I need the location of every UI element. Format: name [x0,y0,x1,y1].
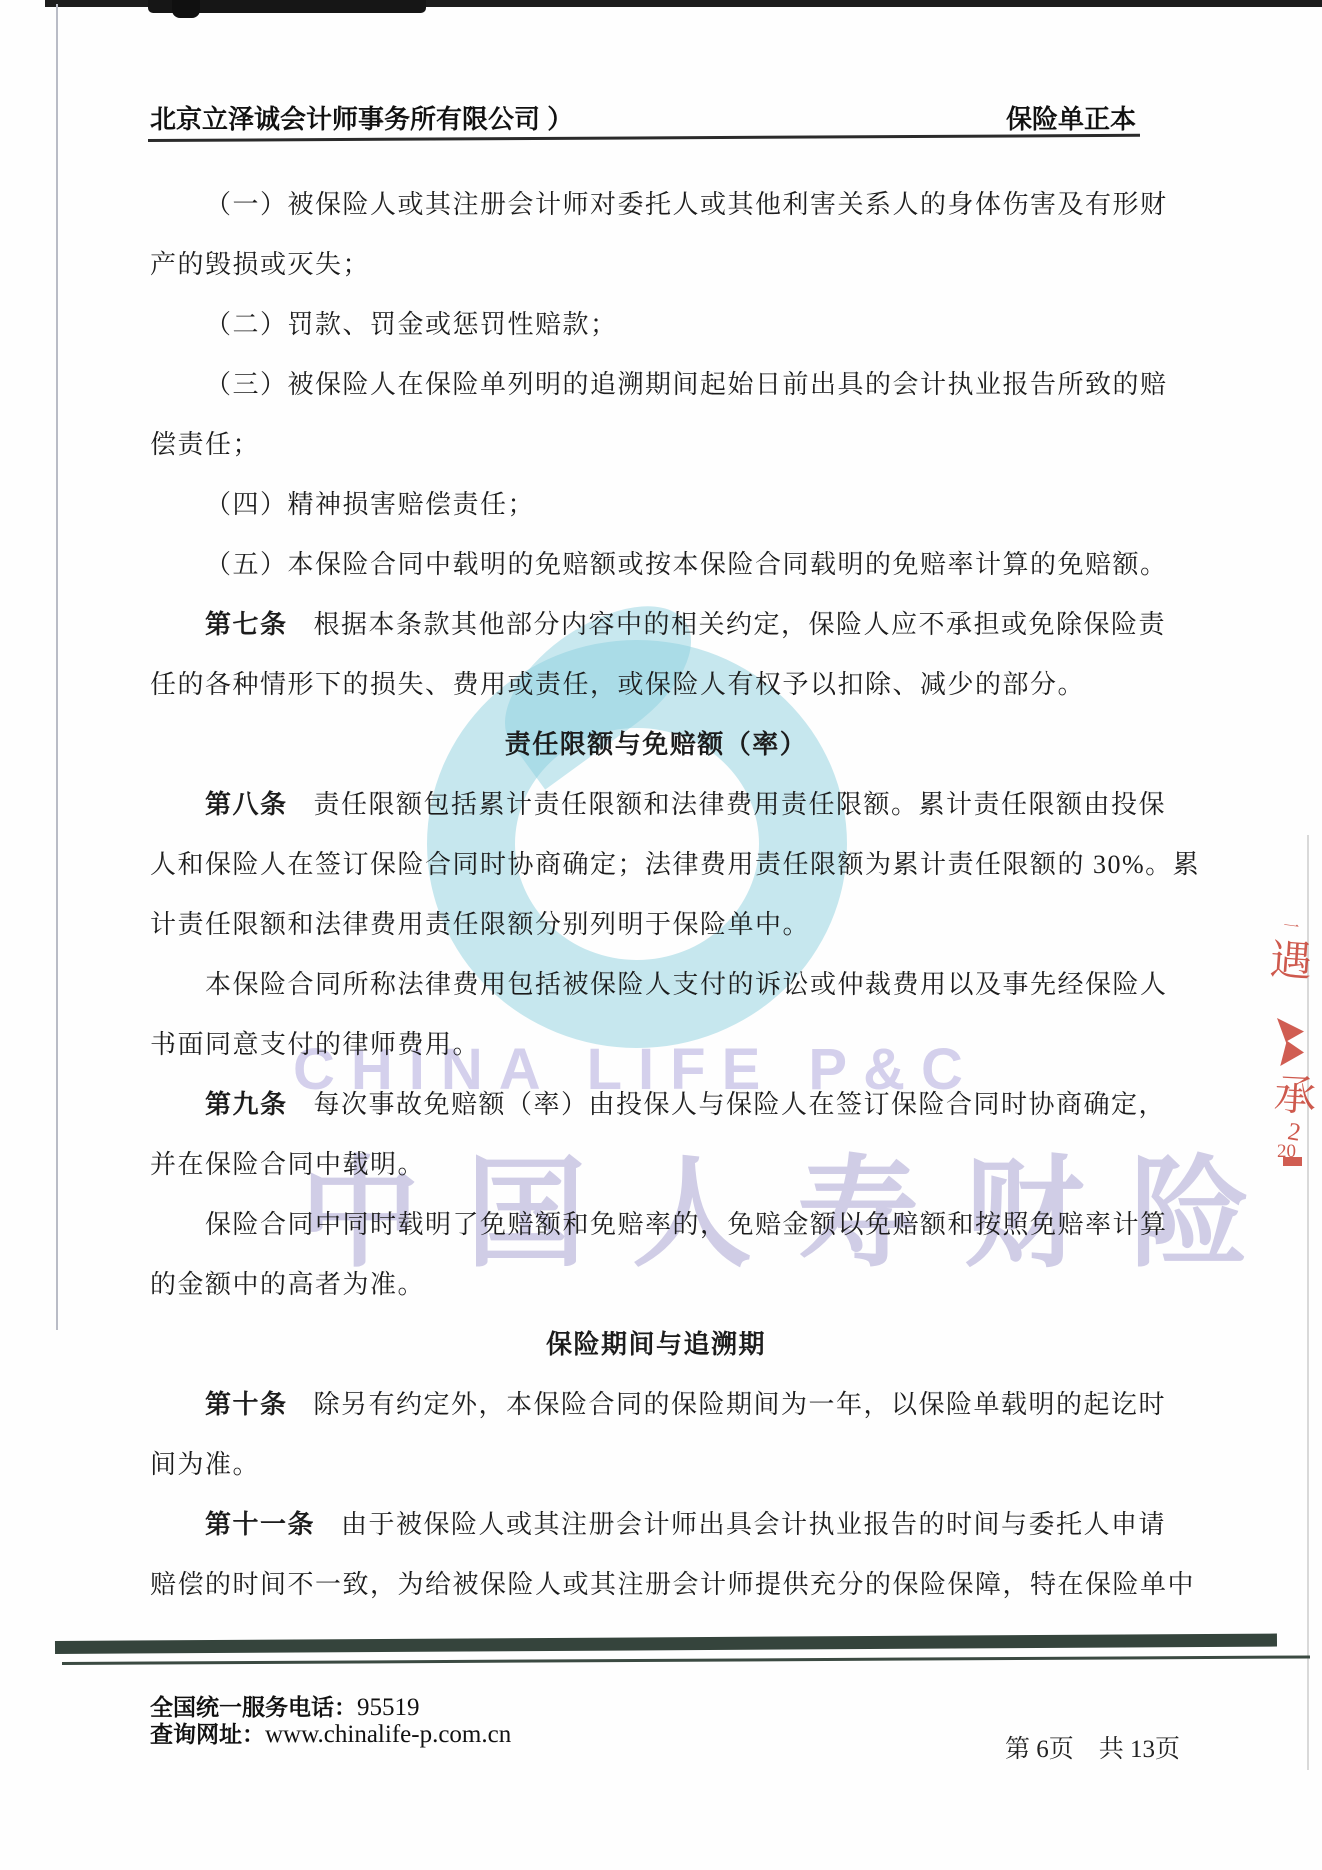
body-line: （三）被保险人在保险单列明的追溯期间起始日前出具的会计执业报告所致的赔 [150,355,1162,415]
body-line: 本保险合同所称法律费用包括被保险人支付的诉讼或仲裁费用以及事先经保险人 [150,955,1162,1015]
line-text: 书面同意支付的律师费用。 [150,1030,480,1059]
clause-number: 第十一条 [205,1510,315,1539]
line-text: 除另有约定外，本保险合同的保险期间为一年，以保险单载明的起讫时 [314,1390,1167,1419]
body-line: 的金额中的高者为准。 [150,1255,1162,1315]
line-text: 任的各种情形下的损失、费用或责任，或保险人有权予以扣除、减少的部分。 [150,670,1085,699]
footer-rule-thick [55,1634,1277,1654]
body-line: （一）被保险人或其注册会计师对委托人或其他利害关系人的身体伤害及有形财 [150,175,1162,235]
website-url: www.chinalife-p.com.cn [265,1721,511,1748]
body-line: 第十条除另有约定外，本保险合同的保险期间为一年，以保险单载明的起讫时 [150,1375,1162,1435]
body-line: 第十一条由于被保险人或其注册会计师出具会计执业报告的时间与委托人申请 [150,1495,1162,1555]
section-heading: 责任限额与免赔额（率） [150,715,1162,775]
footer-rule-thin [62,1655,1310,1665]
scan-edge-top-bump [172,0,200,18]
body-line: 并在保险合同中载明。 [150,1135,1162,1195]
line-text: （一）被保险人或其注册会计师对委托人或其他利害关系人的身体伤害及有形财 [205,190,1168,219]
line-text: 赔偿的时间不一致，为给被保险人或其注册会计师提供充分的保险保障，特在保险单中 [150,1570,1195,1599]
line-text: 每次事故免赔额（率）由投保人与保险人在签订保险合同时协商确定， [314,1090,1167,1119]
body-line: 计责任限额和法律费用责任限额分别列明于保险单中。 [150,895,1162,955]
clause-number: 第九条 [205,1090,288,1119]
page-number: 第 6页 共 13页 [1005,1729,1180,1765]
clause-number: 第八条 [205,790,288,819]
line-text: 由于被保险人或其注册会计师出具会计执业报告的时间与委托人申请 [341,1510,1166,1539]
red-stamp-fragment: 承 [1273,1075,1317,1119]
body-line: 保险合同中同时载明了免赔额和免赔率的，免赔金额以免赔额和按照免赔率计算 [150,1195,1162,1255]
body-line: 赔偿的时间不一致，为给被保险人或其注册会计师提供充分的保险保障，特在保险单中 [150,1555,1162,1615]
line-text: 本保险合同所称法律费用包括被保险人支付的诉讼或仲裁费用以及事先经保险人 [205,970,1168,999]
line-text: 偿责任； [150,430,260,459]
clause-number: 第十条 [205,1390,288,1419]
body-line: 第八条责任限额包括累计责任限额和法律费用责任限额。累计责任限额由投保 [150,775,1162,835]
header-document-type: 保险单正本 [1006,99,1136,136]
body-line: 书面同意支付的律师费用。 [150,1015,1162,1075]
line-text: 计责任限额和法律费用责任限额分别列明于保险单中。 [150,910,810,939]
body-line: 偿责任； [150,415,1162,475]
line-text: 责任限额包括累计责任限额和法律费用责任限额。累计责任限额由投保 [314,790,1167,819]
line-text: （四）精神损害赔偿责任； [205,490,535,519]
red-stamp-fragment: 遇 [1269,940,1314,985]
line-text: 间为准。 [150,1450,260,1479]
body-line: 任的各种情形下的损失、费用或责任，或保险人有权予以扣除、减少的部分。 [150,655,1162,715]
section-heading: 保险期间与追溯期 [150,1315,1162,1375]
body-line: 第七条根据本条款其他部分内容中的相关约定，保险人应不承担或免除保险责 [150,595,1162,655]
document-body: （一）被保险人或其注册会计师对委托人或其他利害关系人的身体伤害及有形财 产的毁损… [150,175,1162,1615]
footer-website: 查询网址：www.chinalife-p.com.cn [150,1716,511,1749]
body-line: 产的毁损或灭失； [150,235,1162,295]
line-text: 根据本条款其他部分内容中的相关约定，保险人应不承担或免除保险责 [314,610,1167,639]
red-stamp-arrow-fragment [1277,1018,1304,1066]
line-text: 产的毁损或灭失； [150,250,370,279]
website-label: 查询网址： [150,1721,265,1747]
body-line: 第九条每次事故免赔额（率）由投保人与保险人在签订保险合同时协商确定， [150,1075,1162,1135]
body-line: （二）罚款、罚金或惩罚性赔款； [150,295,1162,355]
heading-text: 保险期间与追溯期 [546,1330,766,1359]
line-text: 的金额中的高者为准。 [150,1270,425,1299]
heading-text: 责任限额与免赔额（率） [505,730,808,759]
line-text: 人和保险人在签订保险合同时协商确定；法律费用责任限额为累计责任限额的 30%。累 [150,850,1200,879]
line-text: 保险合同中同时载明了免赔额和免赔率的，免赔金额以免赔额和按照免赔率计算 [205,1210,1168,1239]
clause-number: 第七条 [205,610,288,639]
body-line: （五）本保险合同中载明的免赔额或按本保险合同载明的免赔率计算的免赔额。 [150,535,1162,595]
line-text: 并在保险合同中载明。 [150,1150,425,1179]
document-page: CHINA LIFE P&C 中国人寿财险 一 遇 承 2 20 北京立泽诚会计… [0,0,1322,1870]
line-text: （五）本保险合同中载明的免赔额或按本保险合同载明的免赔率计算的免赔额。 [205,550,1168,579]
red-stamp-block-fragment [1283,1157,1302,1166]
body-line: （四）精神损害赔偿责任； [150,475,1162,535]
scan-binding-line [56,4,58,1330]
body-line: 间为准。 [150,1435,1162,1495]
line-text: （三）被保险人在保险单列明的追溯期间起始日前出具的会计执业报告所致的赔 [205,370,1168,399]
red-stamp-fragment: 一 [1282,919,1300,937]
header-company-name: 北京立泽诚会计师事务所有限公司 ） [150,99,573,136]
line-text: （二）罚款、罚金或惩罚性赔款； [205,310,618,339]
body-line: 人和保险人在签订保险合同时协商确定；法律费用责任限额为累计责任限额的 30%。累 [150,835,1162,895]
